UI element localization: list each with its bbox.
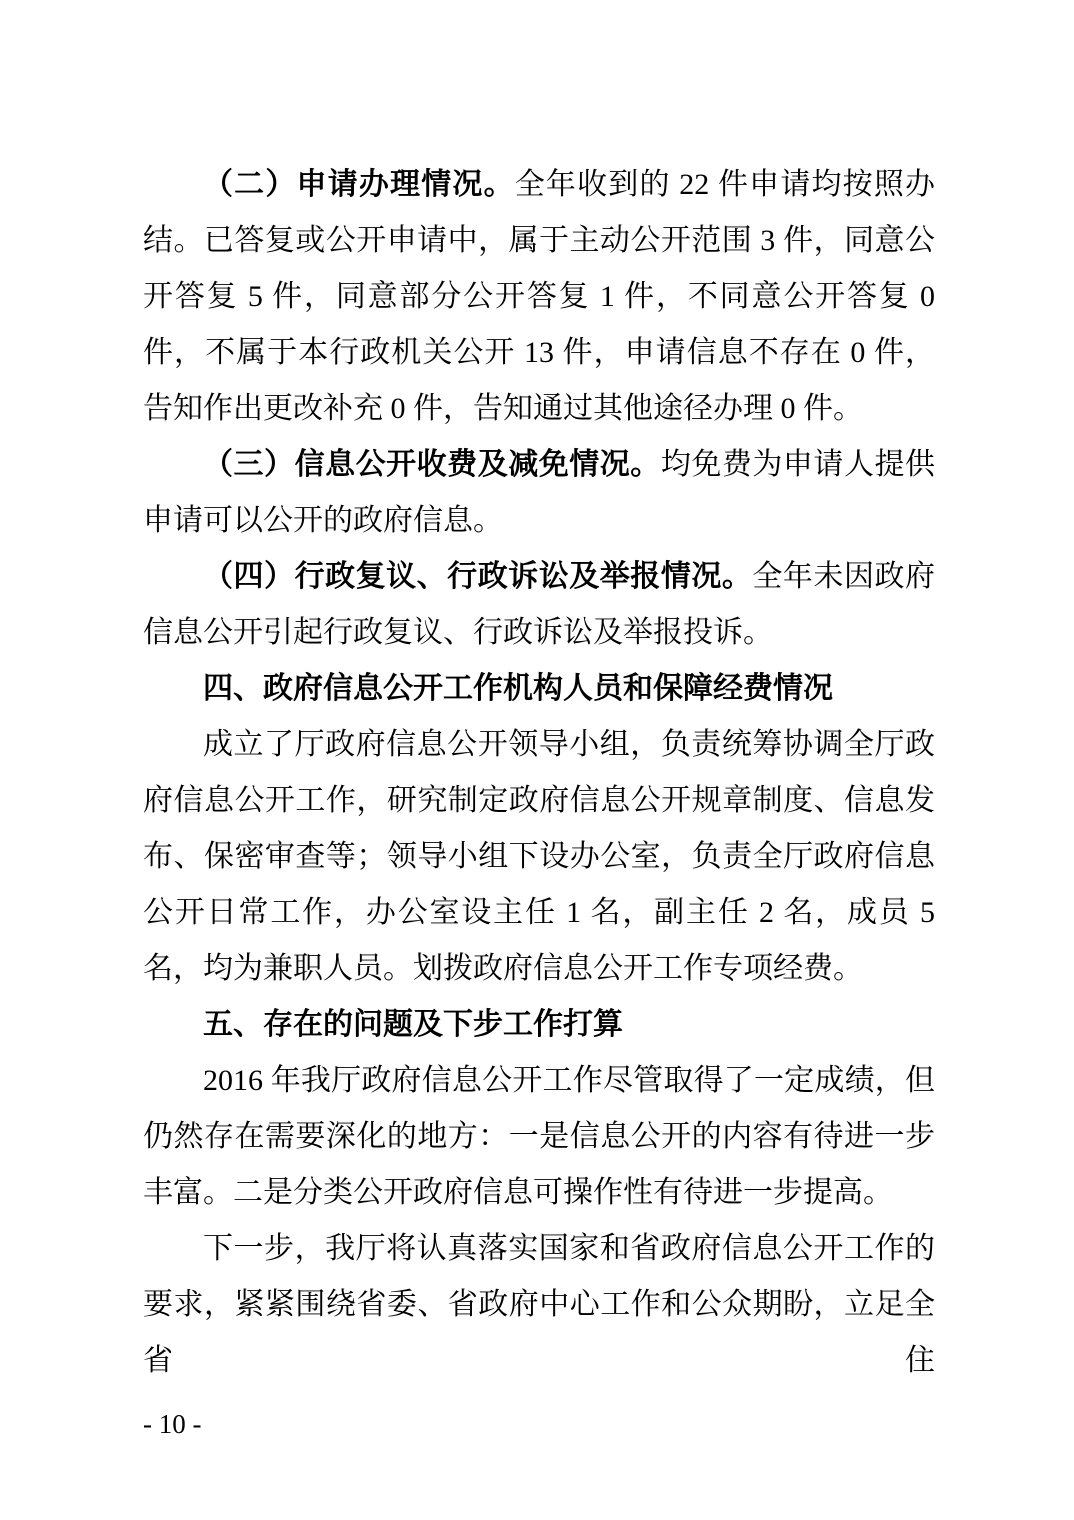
document-page: （二）申请办理情况。全年收到的 22 件申请均按照办结。已答复或公开申请中，属于… — [0, 0, 1074, 1520]
paragraph-application-handling: （二）申请办理情况。全年收到的 22 件申请均按照办结。已答复或公开申请中，属于… — [143, 157, 935, 437]
paragraph-review-litigation: （四）行政复议、行政诉讼及举报情况。全年未因政府信息公开引起行政复议、行政诉讼及… — [143, 549, 935, 661]
paragraph-lead-label: （二）申请办理情况。 — [203, 168, 515, 201]
section-heading-five: 五、存在的问题及下步工作打算 — [143, 997, 935, 1053]
paragraph-fee-waiver: （三）信息公开收费及减免情况。均免费为申请人提供申请可以公开的政府信息。 — [143, 437, 935, 549]
paragraph-organization-staff: 成立了厅政府信息公开领导小组，负责统筹协调全厅政府信息公开工作，研究制定政府信息… — [143, 717, 935, 997]
paragraph-body-text: 全年收到的 22 件申请均按照办结。已答复或公开申请中，属于主动公开范围 3 件… — [143, 168, 935, 425]
paragraph-lead-label: （四）行政复议、行政诉讼及举报情况。 — [203, 560, 752, 593]
paragraph-next-steps: 下一步，我厅将认真落实国家和省政府信息公开工作的要求，紧紧围绕省委、省政府中心工… — [143, 1221, 935, 1389]
paragraph-lead-label: （三）信息公开收费及减免情况。 — [203, 448, 661, 481]
page-number: - 10 - — [143, 1408, 201, 1440]
section-heading-four: 四、政府信息公开工作机构人员和保障经费情况 — [143, 661, 935, 717]
document-body: （二）申请办理情况。全年收到的 22 件申请均按照办结。已答复或公开申请中，属于… — [143, 157, 935, 1389]
paragraph-problems: 2016 年我厅政府信息公开工作尽管取得了一定成绩，但仍然存在需要深化的地方：一… — [143, 1053, 935, 1221]
